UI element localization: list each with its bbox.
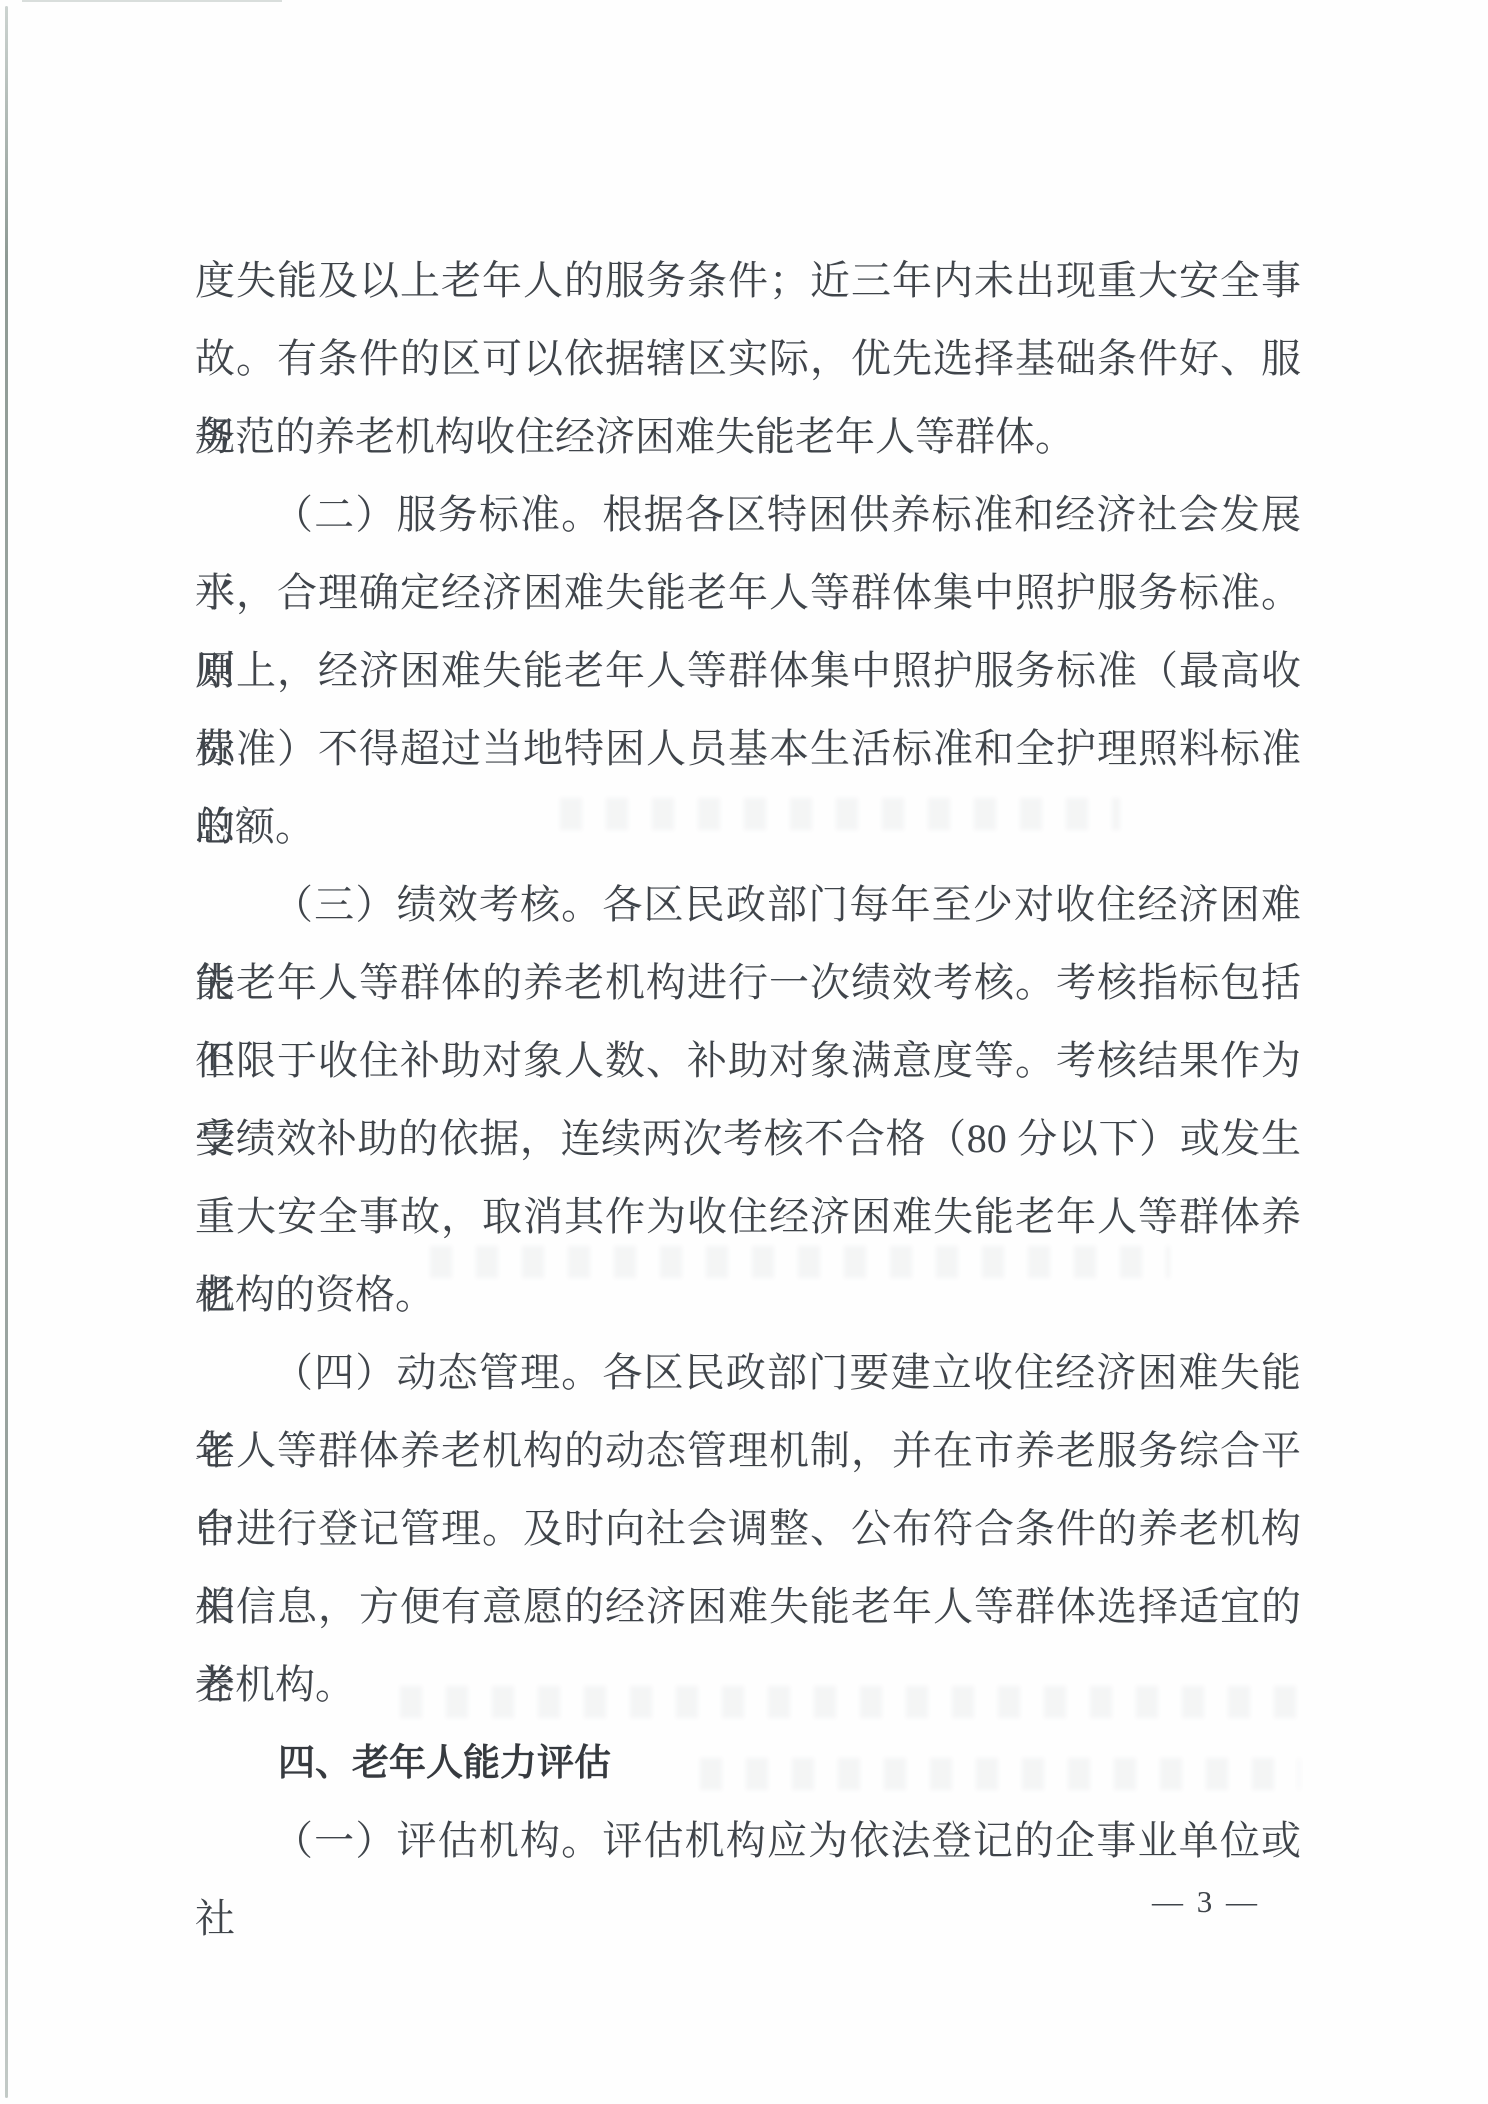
document-line: 重大安全事故，取消其作为收住经济困难失能老年人等群体养老 [195, 1178, 1301, 1256]
document-line: 能老年人等群体的养老机构进行一次绩效考核。考核指标包括但 [195, 944, 1301, 1022]
document-line: 度失能及以上老年人的服务条件；近三年内未出现重大安全事 [195, 242, 1301, 320]
scan-edge-line [5, 6, 8, 2098]
document-line: 总额。 [195, 788, 1301, 866]
document-line: 中进行登记管理。及时向社会调整、公布符合条件的养老机构相 [195, 1490, 1301, 1568]
document-line: 关信息，方便有意愿的经济困难失能老年人等群体选择适宜的养 [195, 1568, 1301, 1646]
page-number: — 3 — [1086, 1884, 1326, 1920]
document-line: （四）动态管理。各区民政部门要建立收住经济困难失能老 [195, 1334, 1301, 1412]
document-line: 受绩效补助的依据，连续两次考核不合格（80 分以下）或发生 [195, 1100, 1301, 1178]
document-line: 标准）不得超过当地特困人员基本生活标准和全护理照料标准的 [195, 710, 1301, 788]
document-line: （三）绩效考核。各区民政部门每年至少对收住经济困难失 [195, 866, 1301, 944]
document-line: 则上，经济困难失能老年人等群体集中照护服务标准（最高收费 [195, 632, 1301, 710]
document-line: 故。有条件的区可以依据辖区实际，优先选择基础条件好、服务 [195, 320, 1301, 398]
document-body: 度失能及以上老年人的服务条件；近三年内未出现重大安全事故。有条件的区可以依据辖区… [195, 242, 1301, 1880]
document-line: 不限于收住补助对象人数、补助对象满意度等。考核结果作为享 [195, 1022, 1301, 1100]
document-line: （二）服务标准。根据各区特困供养标准和经济社会发展水 [195, 476, 1301, 554]
document-line: （一）评估机构。评估机构应为依法登记的企事业单位或社 [195, 1802, 1301, 1880]
document-line: 规范的养老机构收住经济困难失能老年人等群体。 [195, 398, 1301, 476]
document-line: 老机构。 [195, 1646, 1301, 1724]
document-line: 平，合理确定经济困难失能老年人等群体集中照护服务标准。原 [195, 554, 1301, 632]
section-heading: 四、老年人能力评估 [195, 1724, 1301, 1802]
document-line: 机构的资格。 [195, 1256, 1301, 1334]
document-line: 年人等群体养老机构的动态管理机制，并在市养老服务综合平台 [195, 1412, 1301, 1490]
scan-edge-top-line [22, 0, 282, 2]
